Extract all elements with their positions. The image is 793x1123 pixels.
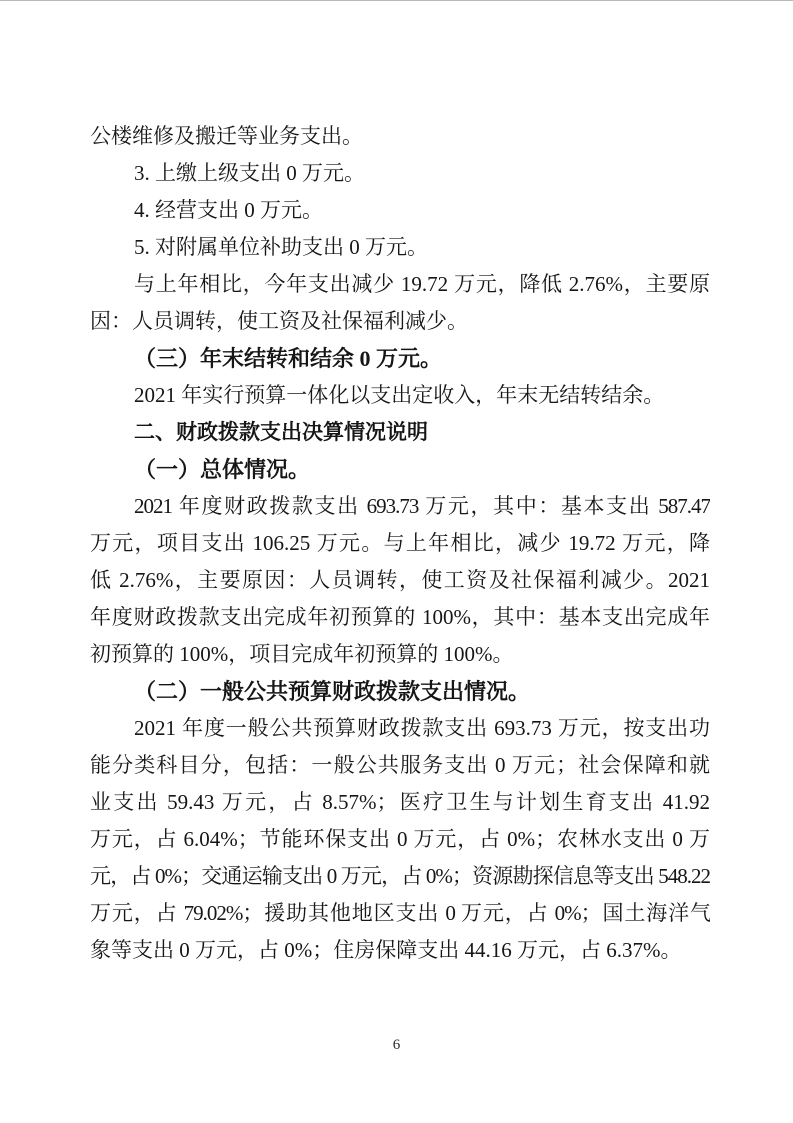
text-line: 万元，项目支出 106.25 万元。与上年相比，减少 19.72 万元，降 [90, 525, 710, 562]
text-line: 万元，占 6.04%；节能环保支出 0 万元，占 0%；农林水支出 0 万 [90, 821, 710, 858]
document-body: 公楼维修及搬迁等业务支出。3. 上缴上级支出 0 万元。4. 经营支出 0 万元… [90, 118, 710, 969]
text-line: 因：人员调转，使工资及社保福利减少。 [90, 303, 710, 340]
text-line: 低 2.76%，主要原因：人员调转，使工资及社保福利减少。2021 [90, 562, 710, 599]
text-line: 2021 年度财政拨款支出 693.73 万元，其中：基本支出 587.47 [90, 488, 710, 525]
text-line: 公楼维修及搬迁等业务支出。 [90, 118, 710, 155]
heading-line: （一）总体情况。 [90, 451, 710, 488]
heading-line: 二、财政拨款支出决算情况说明 [90, 414, 710, 451]
text-line: 能分类科目分，包括：一般公共服务支出 0 万元；社会保障和就 [90, 747, 710, 784]
text-line: 与上年相比，今年支出减少 19.72 万元，降低 2.76%，主要原 [90, 266, 710, 303]
text-line: 初预算的 100%，项目完成年初预算的 100%。 [90, 636, 710, 673]
text-line: 象等支出 0 万元，占 0%；住房保障支出 44.16 万元，占 6.37%。 [90, 932, 710, 969]
text-line: 5. 对附属单位补助支出 0 万元。 [90, 229, 710, 266]
text-line: 2021 年实行预算一体化以支出定收入，年末无结转结余。 [90, 377, 710, 414]
heading-line: （三）年末结转和结余 0 万元。 [90, 340, 710, 377]
text-line: 2021 年度一般公共预算财政拨款支出 693.73 万元，按支出功 [90, 710, 710, 747]
text-line: 年度财政拨款支出完成年初预算的 100%，其中：基本支出完成年 [90, 599, 710, 636]
text-line: 元，占 0%；交通运输支出 0 万元，占 0%；资源勘探信息等支出 548.22 [90, 858, 710, 895]
document-page: 公楼维修及搬迁等业务支出。3. 上缴上级支出 0 万元。4. 经营支出 0 万元… [0, 0, 793, 1123]
heading-line: （二）一般公共预算财政拨款支出情况。 [90, 673, 710, 710]
text-line: 3. 上缴上级支出 0 万元。 [90, 155, 710, 192]
text-line: 4. 经营支出 0 万元。 [90, 192, 710, 229]
text-line: 万元，占 79.02%；援助其他地区支出 0 万元，占 0%；国土海洋气 [90, 895, 710, 932]
text-line: 业支出 59.43 万元，占 8.57%；医疗卫生与计划生育支出 41.92 [90, 784, 710, 821]
page-number: 6 [0, 1035, 793, 1055]
